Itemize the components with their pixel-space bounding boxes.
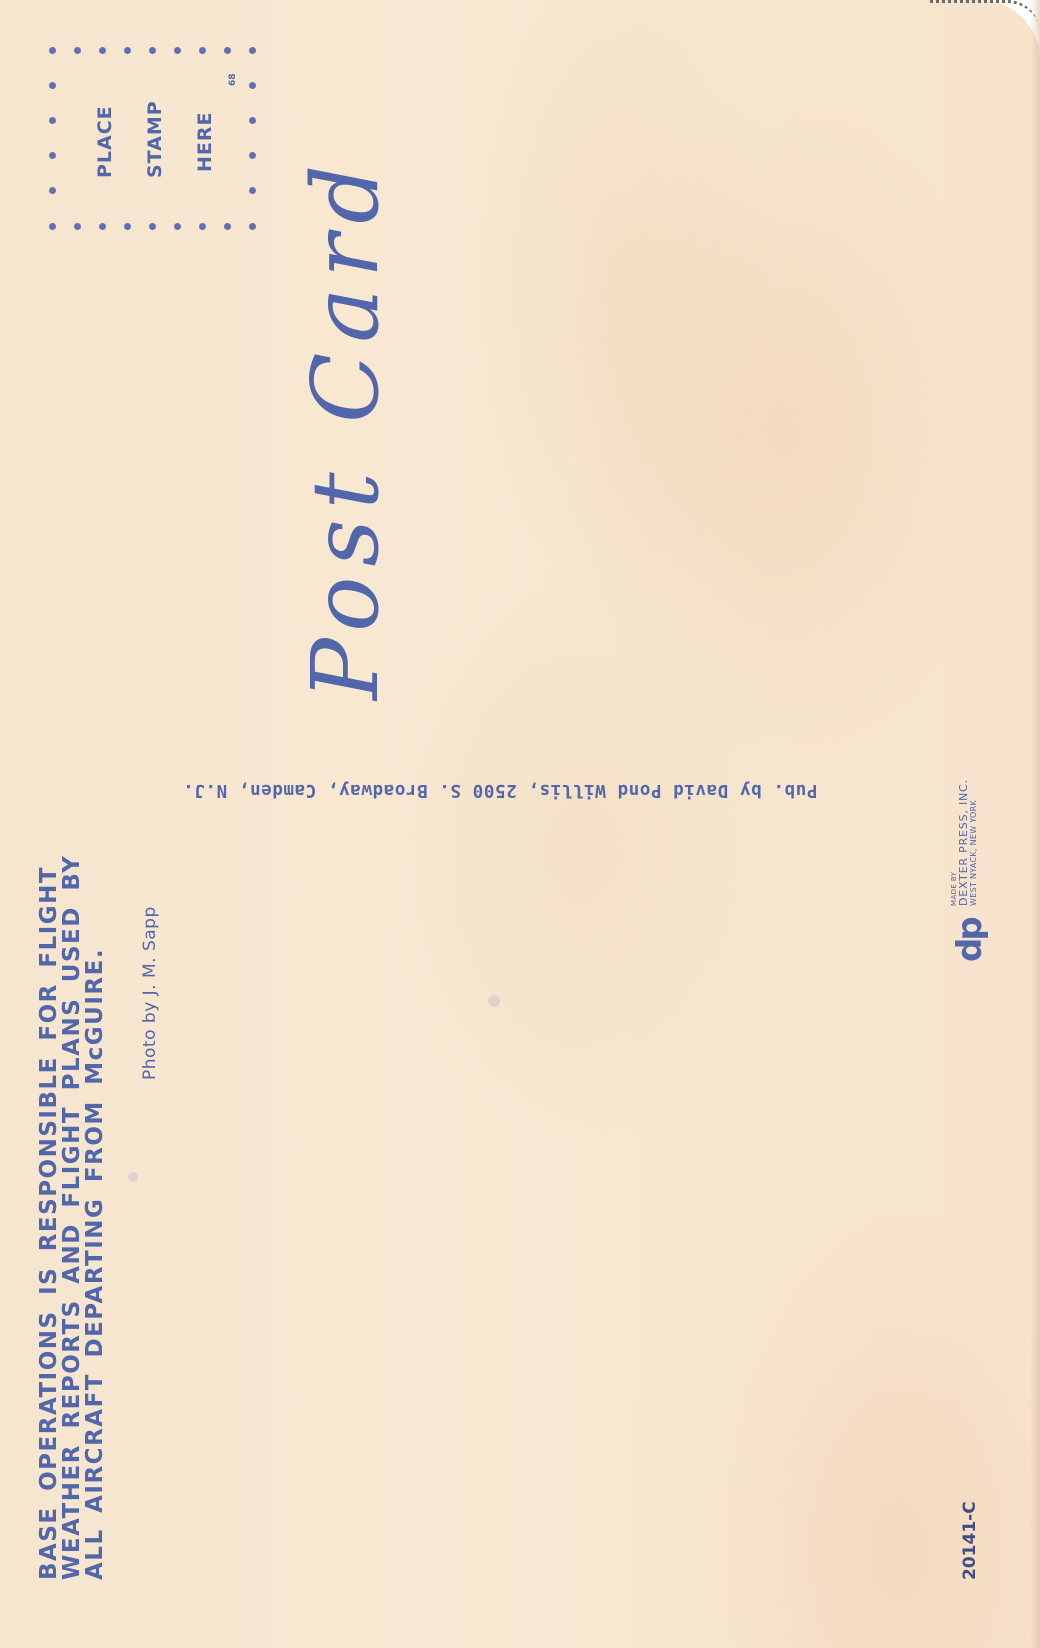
paper-speck xyxy=(488,995,500,1007)
stamp-border-dot xyxy=(149,47,156,54)
stamp-border-dot xyxy=(224,223,231,230)
paper-speck xyxy=(128,1172,138,1182)
stamp-border-dot xyxy=(124,47,131,54)
stamp-border-dot xyxy=(249,187,256,194)
stamp-border-dot xyxy=(199,47,206,54)
printer-location: WEST NYACK, NEW YORK xyxy=(969,779,978,906)
stamp-border-dot xyxy=(124,223,131,230)
stamp-border-dot xyxy=(199,223,206,230)
stamp-word-place: PLACE xyxy=(94,105,116,178)
stamp-border-dot xyxy=(174,47,181,54)
stamp-border-dot xyxy=(49,223,56,230)
stamp-box: PLACE STAMP HERE 68 xyxy=(48,46,256,230)
torn-edge xyxy=(930,0,1040,33)
stamp-word-stamp: STAMP xyxy=(144,100,166,178)
stamp-word-here: HERE xyxy=(194,112,216,173)
stamp-corner-code: 68 xyxy=(228,73,238,86)
caption-line: ALL AIRCRAFT DEPARTING FROM McGUIRE. xyxy=(84,855,107,1580)
caption-block: BASE OPERATIONS IS RESPONSIBLE FOR FLIGH… xyxy=(38,855,107,1580)
stamp-border-dot xyxy=(49,152,56,159)
stamp-border-dot xyxy=(149,223,156,230)
stamp-border-dot xyxy=(49,117,56,124)
stamp-border-dot xyxy=(49,47,56,54)
dexter-press-logo: dp xyxy=(950,919,990,962)
publisher-line: Pub. by David Pond Willis, 2500 S. Broad… xyxy=(160,780,840,800)
photo-credit: Photo by J. M. Sapp xyxy=(140,906,160,1080)
stamp-border-dot xyxy=(249,223,256,230)
stamp-border-dot xyxy=(249,82,256,89)
stamp-border-dot xyxy=(49,82,56,89)
stamp-border-dot xyxy=(249,47,256,54)
caption-line: WEATHER REPORTS AND FLIGHT PLANS USED BY xyxy=(61,855,84,1580)
stamp-border-dot xyxy=(99,223,106,230)
postcard-title: Post Card xyxy=(300,155,392,700)
stamp-border-dot xyxy=(249,117,256,124)
card-number: 20141-C xyxy=(960,1501,980,1580)
stamp-border-dot xyxy=(74,47,81,54)
postcard-back: PLACE STAMP HERE 68 Post Card BASE OPERA… xyxy=(0,0,1040,1648)
printer-name: DEXTER PRESS, INC. xyxy=(958,779,969,906)
stamp-border-dot xyxy=(99,47,106,54)
caption-line: BASE OPERATIONS IS RESPONSIBLE FOR FLIGH… xyxy=(38,855,61,1580)
printer-mark: MADE BY DEXTER PRESS, INC. WEST NYACK, N… xyxy=(950,779,978,906)
stamp-border-dot xyxy=(74,223,81,230)
stamp-border-dot xyxy=(224,47,231,54)
stamp-border-dot xyxy=(174,223,181,230)
stamp-border-dot xyxy=(49,187,56,194)
stamp-border-dot xyxy=(249,152,256,159)
